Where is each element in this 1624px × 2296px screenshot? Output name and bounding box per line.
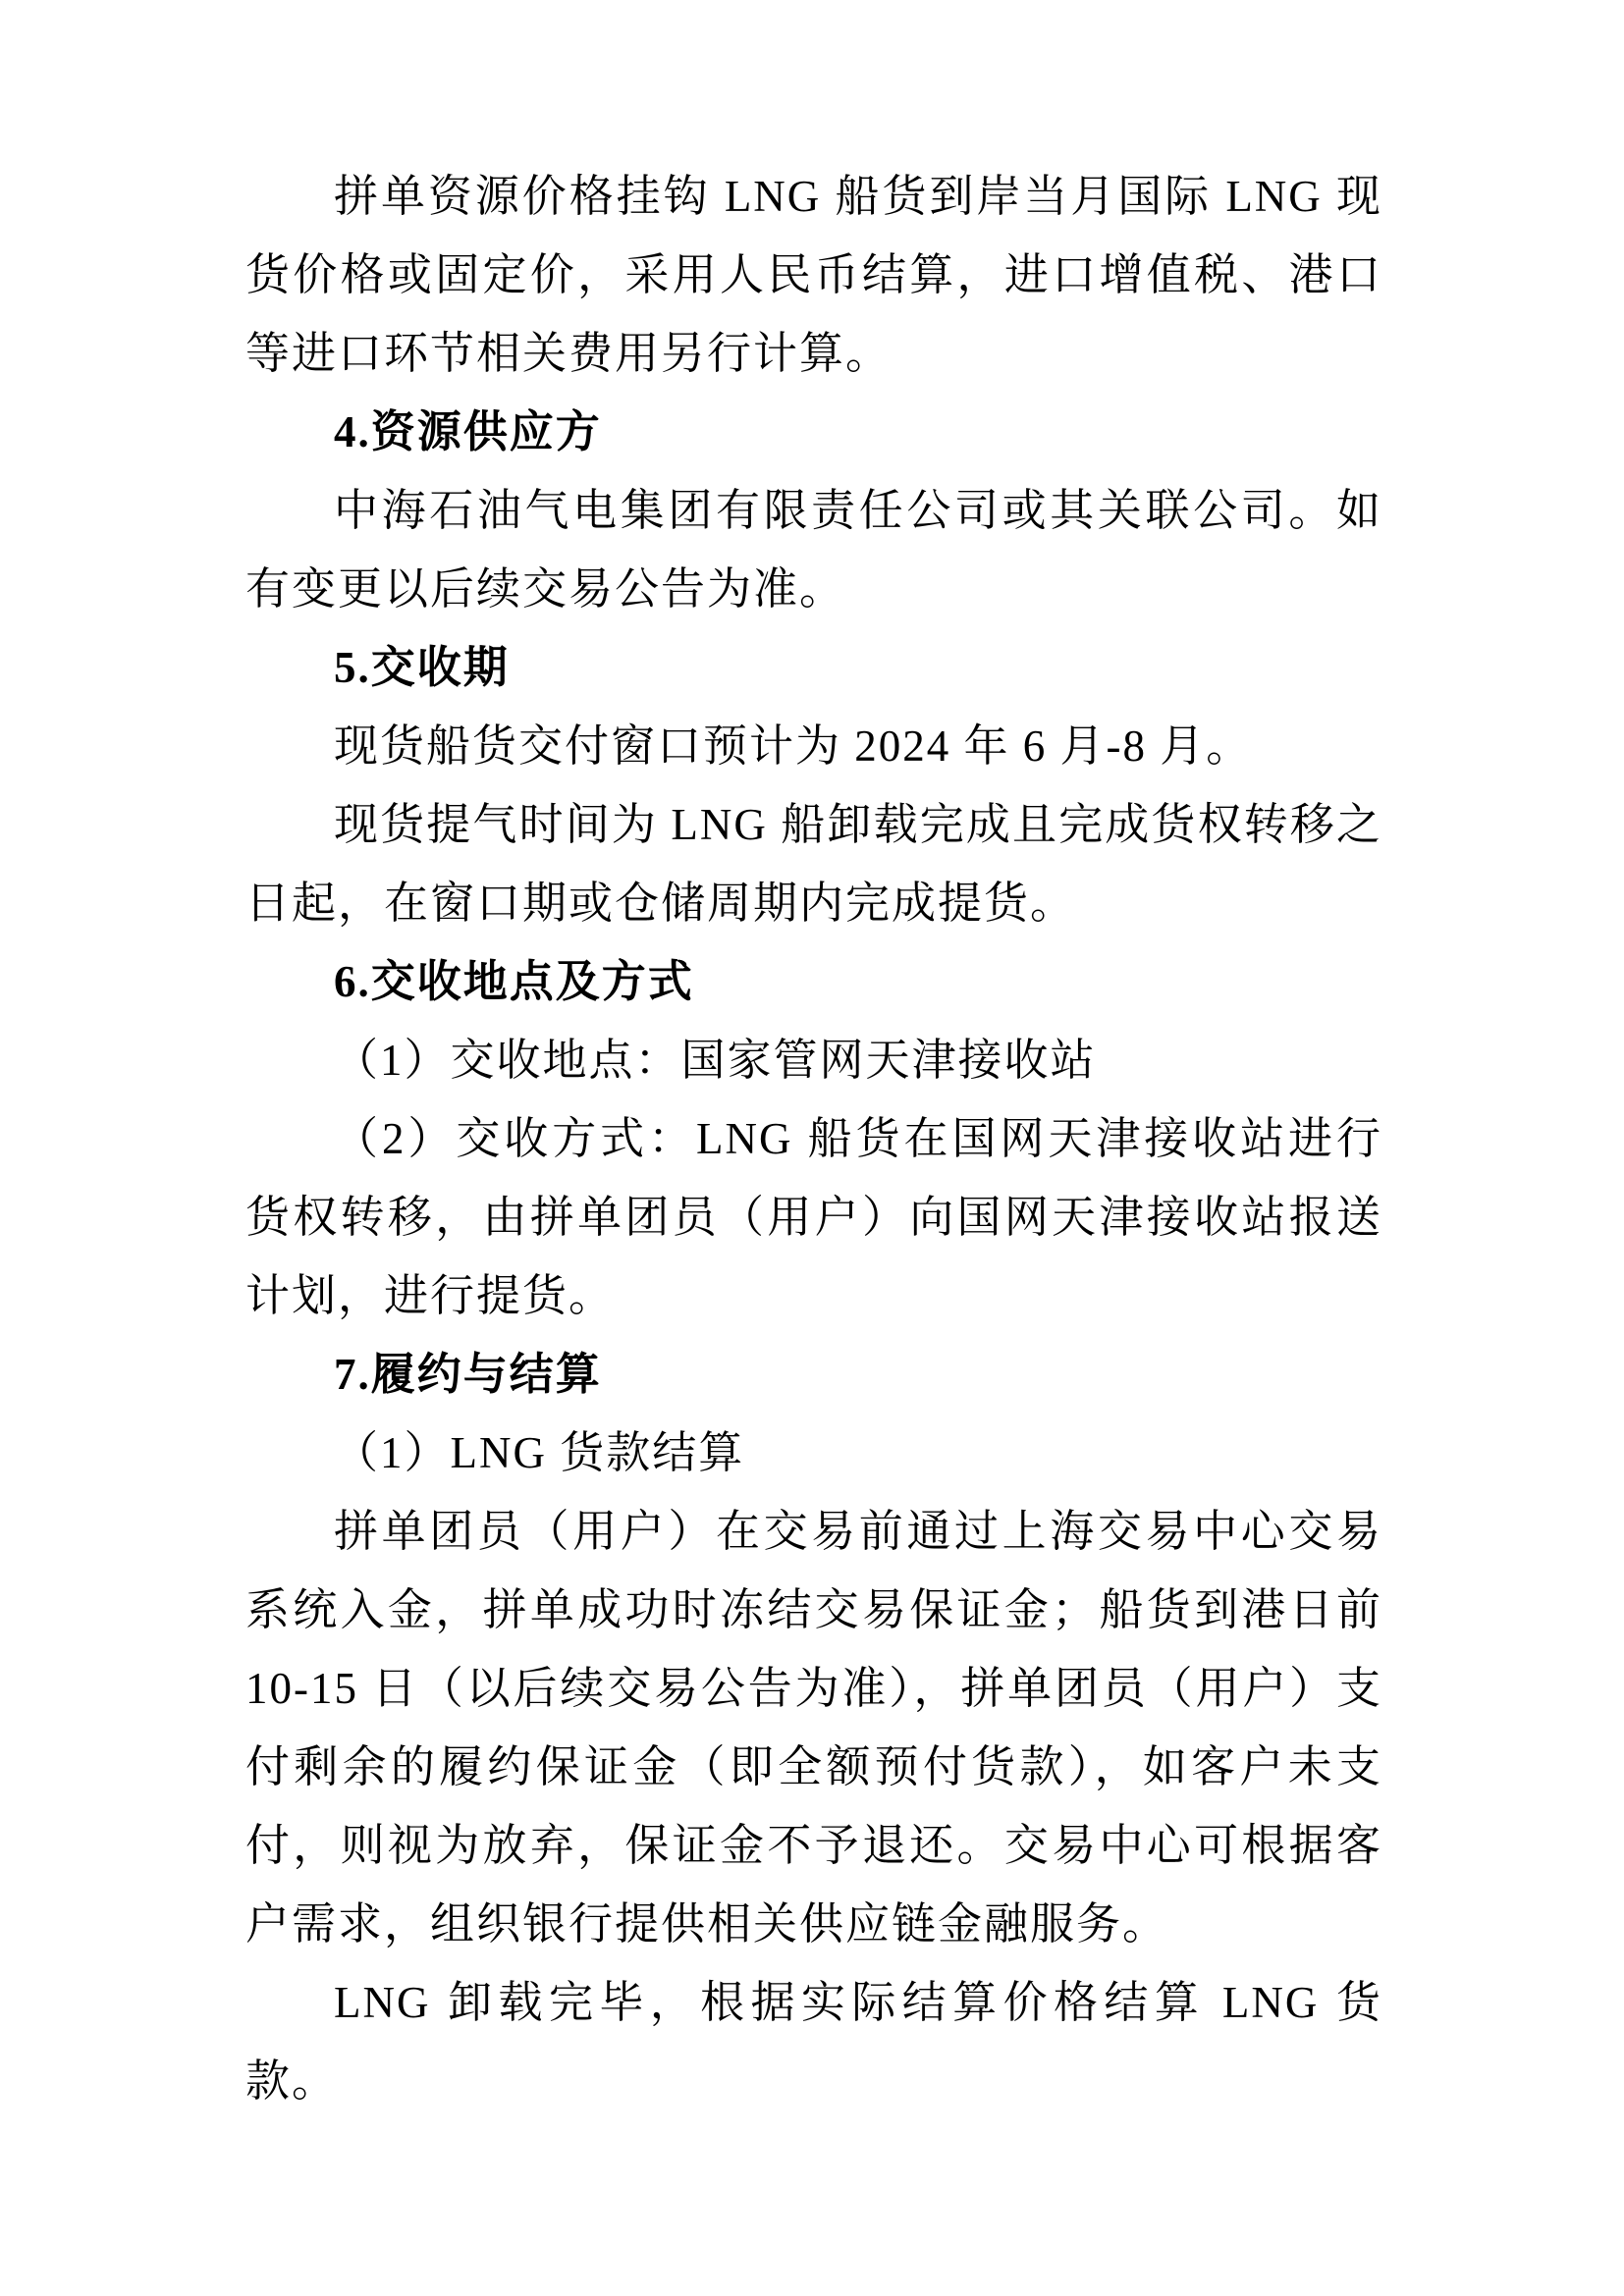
heading-performance-settlement: 7.履约与结算	[245, 1335, 1382, 1414]
heading-resource-supplier: 4.资源供应方	[245, 393, 1382, 471]
paragraph-final-settlement: LNG 卸载完毕，根据实际结算价格结算 LNG 货款。	[245, 1963, 1382, 2120]
paragraph-delivery-window: 现货船货交付窗口预计为 2024 年 6 月-8 月。	[245, 707, 1382, 785]
paragraph-lng-payment-title: （1）LNG 货款结算	[245, 1414, 1382, 1492]
heading-delivery-period: 5.交收期	[245, 628, 1382, 707]
document-page: 拼单资源价格挂钩 LNG 船货到岸当月国际 LNG 现货价格或固定价，采用人民币…	[0, 0, 1624, 2296]
paragraph-margin-and-payment: 拼单团员（用户）在交易前通过上海交易中心交易系统入金，拼单成功时冻结交易保证金；…	[245, 1492, 1382, 1963]
paragraph-delivery-method: （2）交收方式：LNG 船货在国网天津接收站进行货权转移，由拼单团员（用户）向国…	[245, 1099, 1382, 1335]
document-text-body: 拼单资源价格挂钩 LNG 船货到岸当月国际 LNG 现货价格或固定价，采用人民币…	[245, 157, 1382, 2120]
paragraph-gas-pickup-time: 现货提气时间为 LNG 船卸载完成且完成货权转移之日起，在窗口期或仓储周期内完成…	[245, 785, 1382, 942]
heading-delivery-location-method: 6.交收地点及方式	[245, 942, 1382, 1021]
paragraph-delivery-location: （1）交收地点：国家管网天津接收站	[245, 1021, 1382, 1099]
paragraph-pricing-basis: 拼单资源价格挂钩 LNG 船货到岸当月国际 LNG 现货价格或固定价，采用人民币…	[245, 157, 1382, 393]
paragraph-supplier-company: 中海石油气电集团有限责任公司或其关联公司。如有变更以后续交易公告为准。	[245, 471, 1382, 628]
